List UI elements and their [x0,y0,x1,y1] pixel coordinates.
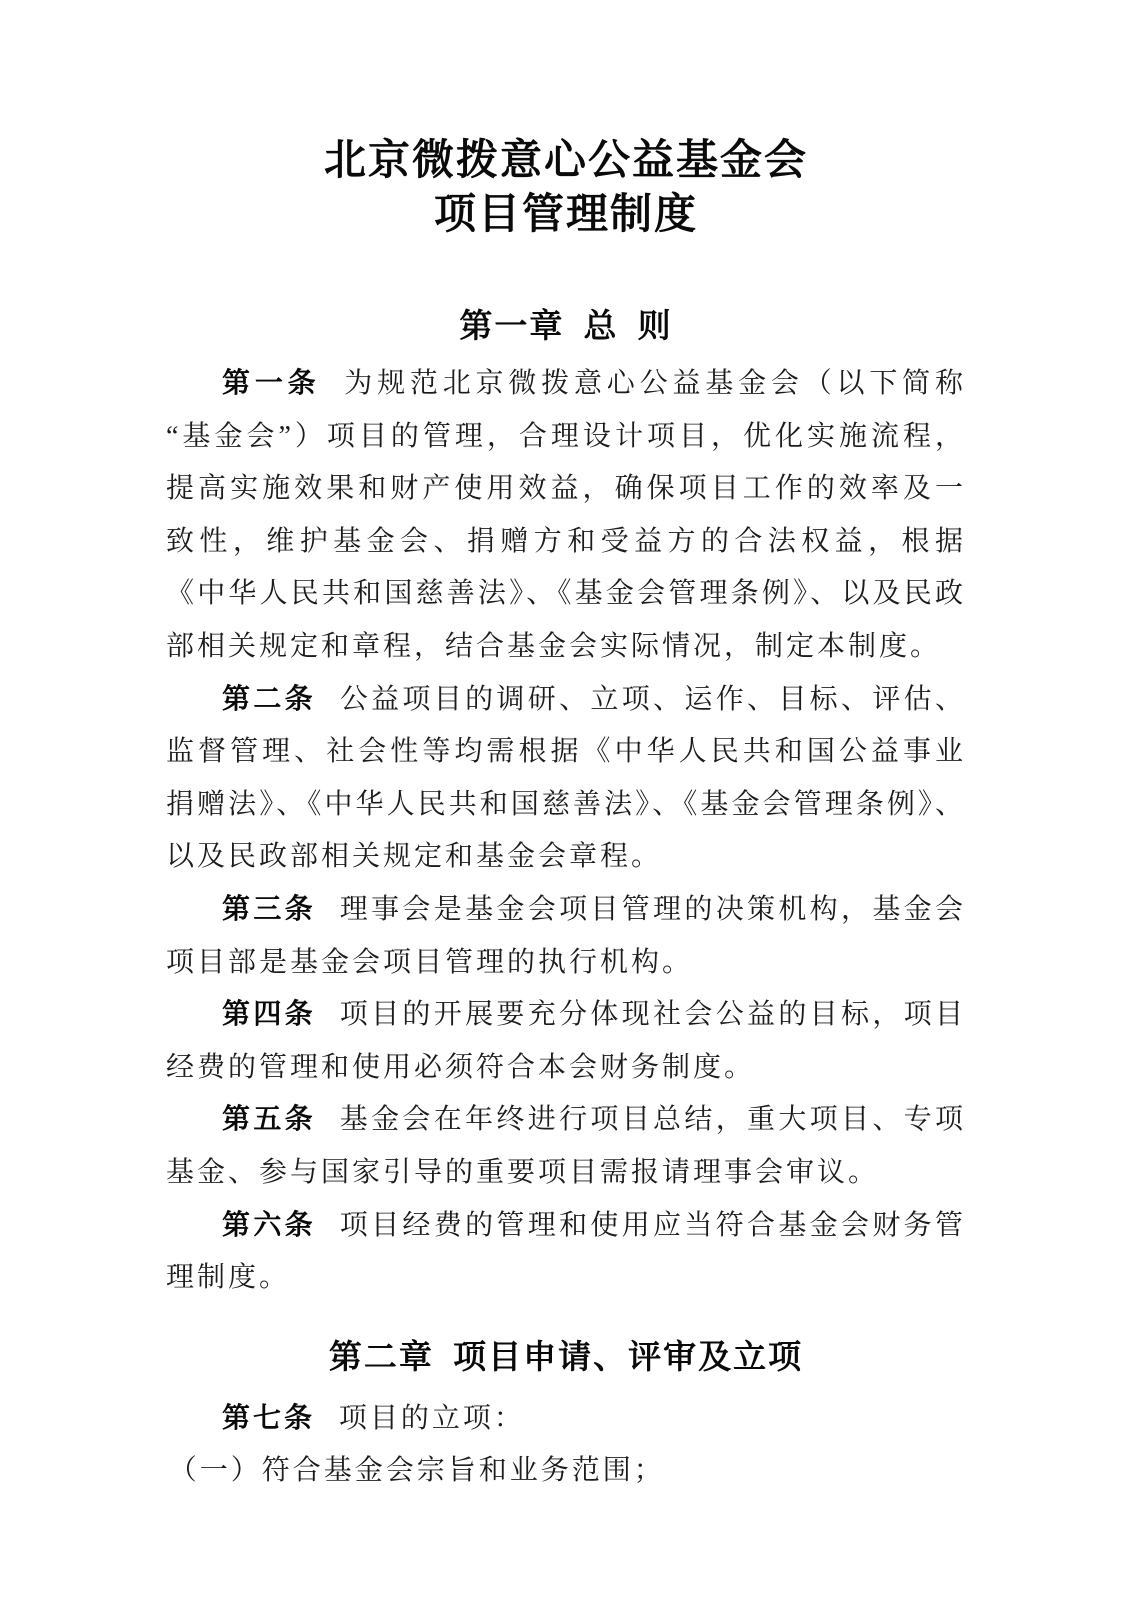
article-6-label: 第六条 [222,1210,316,1241]
document-title: 北京微拨意心公益基金会 项目管理制度 [166,134,966,242]
article-4-label: 第四条 [222,999,316,1030]
article-1: 第一条为规范北京微拨意心公益基金会（以下简称“基金会”）项目的管理，合理设计项目… [166,358,966,674]
article-7-text: 项目的立项： [339,1403,525,1434]
article-5-label: 第五条 [222,1104,316,1135]
title-line-1: 北京微拨意心公益基金会 [166,134,966,188]
article-1-text: 为规范北京微拨意心公益基金会（以下简称“基金会”）项目的管理，合理设计项目，优化… [166,368,966,662]
article-6: 第六条项目经费的管理和使用应当符合基金会财务管理制度。 [166,1200,966,1305]
article-4: 第四条项目的开展要充分体现社会公益的目标，项目经费的管理和使用必须符合本会财务制… [166,989,966,1094]
article-7: 第七条项目的立项： [166,1393,966,1446]
article-3: 第三条理事会是基金会项目管理的决策机构，基金会项目部是基金会项目管理的执行机构。 [166,884,966,989]
article-2-label: 第二条 [222,684,316,715]
article-2: 第二条公益项目的调研、立项、运作、目标、评估、监督管理、社会性等均需根据《中华人… [166,674,966,884]
document-page: 北京微拨意心公益基金会 项目管理制度 第一章 总 则 第一条为规范北京微拨意心公… [0,0,1131,1600]
article-1-label: 第一条 [222,368,320,399]
article-3-label: 第三条 [222,894,316,925]
title-line-2: 项目管理制度 [166,188,966,242]
article-5: 第五条基金会在年终进行项目总结，重大项目、专项基金、参与国家引导的重要项目需报请… [166,1094,966,1199]
chapter-1-heading: 第一章 总 则 [166,304,966,348]
article-7-label: 第七条 [222,1403,315,1434]
chapter-2-heading: 第二章 项目申请、评审及立项 [166,1335,966,1379]
article-7-item-1: （一）符合基金会宗旨和业务范围； [166,1445,966,1498]
